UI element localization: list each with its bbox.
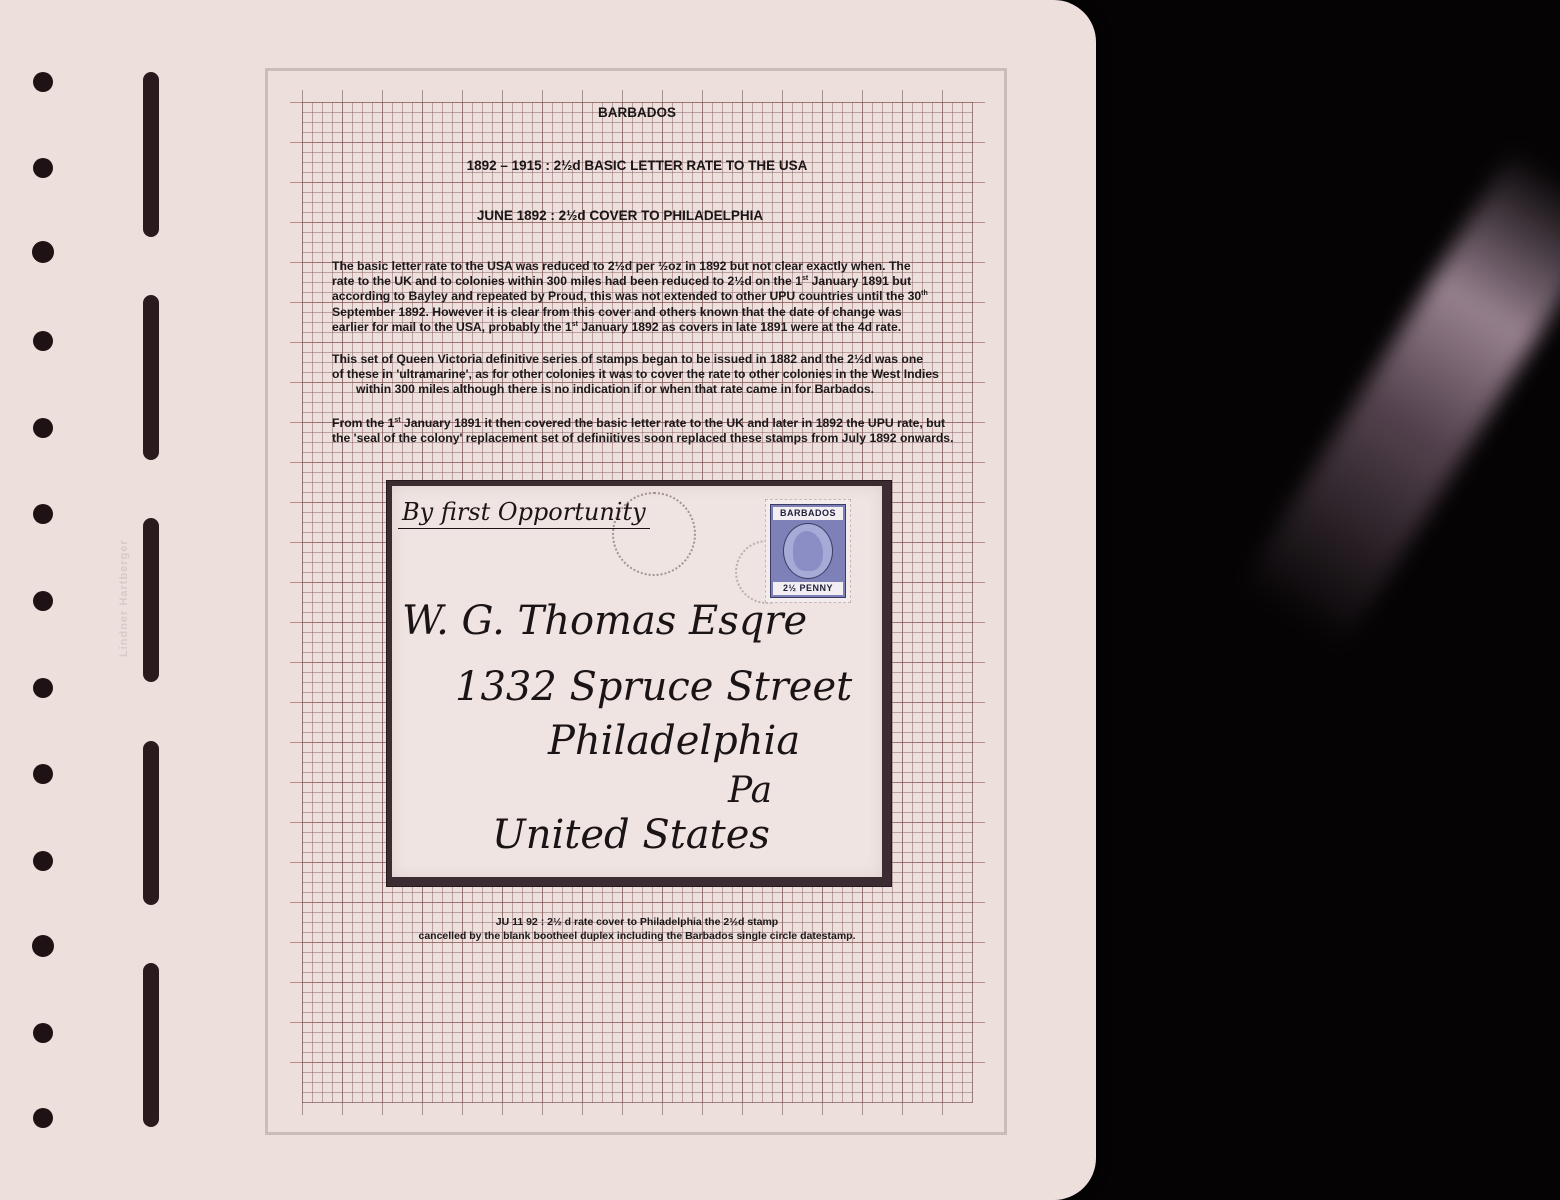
- stamp-value-label: 2½ PENNY: [773, 582, 843, 595]
- address-line-country: United States: [492, 812, 770, 858]
- caption-line: JU 11 92 : 2½ d rate cover to Philadelph…: [496, 916, 778, 928]
- text-line: rate to the UK and to colonies within 30…: [332, 274, 802, 288]
- address-line-state: Pa: [728, 770, 772, 811]
- queen-victoria-portrait-icon: [793, 531, 823, 571]
- text-line: January 1891 but: [808, 274, 911, 288]
- page-title: BARBADOS: [302, 105, 972, 120]
- cover-caption: JU 11 92 : 2½ d rate cover to Philadelph…: [302, 915, 972, 943]
- superscript: th: [921, 290, 928, 297]
- address-line-street: 1332 Spruce Street: [455, 664, 852, 710]
- caption-line: cancelled by the blank bootheel duplex i…: [418, 930, 855, 942]
- text-line: according to Bayley and repeated by Prou…: [332, 289, 921, 303]
- text-line: The basic letter rate to the USA was red…: [332, 259, 911, 273]
- paragraph-uk-rate: From the 1st January 1891 it then covere…: [332, 416, 972, 446]
- address-line-name: W. G. Thomas Esqre: [402, 598, 807, 644]
- text-line: This set of Queen Victoria definitive se…: [332, 352, 923, 366]
- barbados-stamp: BARBADOS 2½ PENNY: [765, 499, 851, 603]
- stamp-country-label: BARBADOS: [773, 507, 843, 520]
- stamp-design: BARBADOS 2½ PENNY: [770, 504, 846, 598]
- text-line: January 1892 as covers in late 1891 were…: [578, 320, 901, 334]
- paragraph-stamp-series: This set of Queen Victoria definitive se…: [332, 352, 972, 398]
- text-line: January 1891 it then covered the basic l…: [401, 416, 946, 430]
- address-line-city: Philadelphia: [548, 718, 800, 764]
- text-line: From the 1: [332, 416, 394, 430]
- text-line: within 300 miles although there is no in…: [332, 382, 972, 397]
- background-light-streak: [1239, 147, 1560, 652]
- page-subtitle: 1892 – 1915 : 2½d BASIC LETTER RATE TO T…: [302, 158, 972, 173]
- text-line: September 1892. However it is clear from…: [332, 305, 902, 319]
- album-page: Lindner Hartberger BARBADOS 1892 – 1915 …: [0, 0, 1096, 1200]
- text-line: the 'seal of the colony' replacement set…: [332, 431, 953, 445]
- text-line: of these in 'ultramarine', as for other …: [332, 367, 939, 381]
- page-heading: JUNE 1892 : 2½d COVER TO PHILADELPHIA: [320, 208, 920, 223]
- text-line: earlier for mail to the USA, probably th…: [332, 320, 572, 334]
- paragraph-rate-history: The basic letter rate to the USA was red…: [332, 259, 972, 335]
- postmark-cancel: [612, 492, 696, 576]
